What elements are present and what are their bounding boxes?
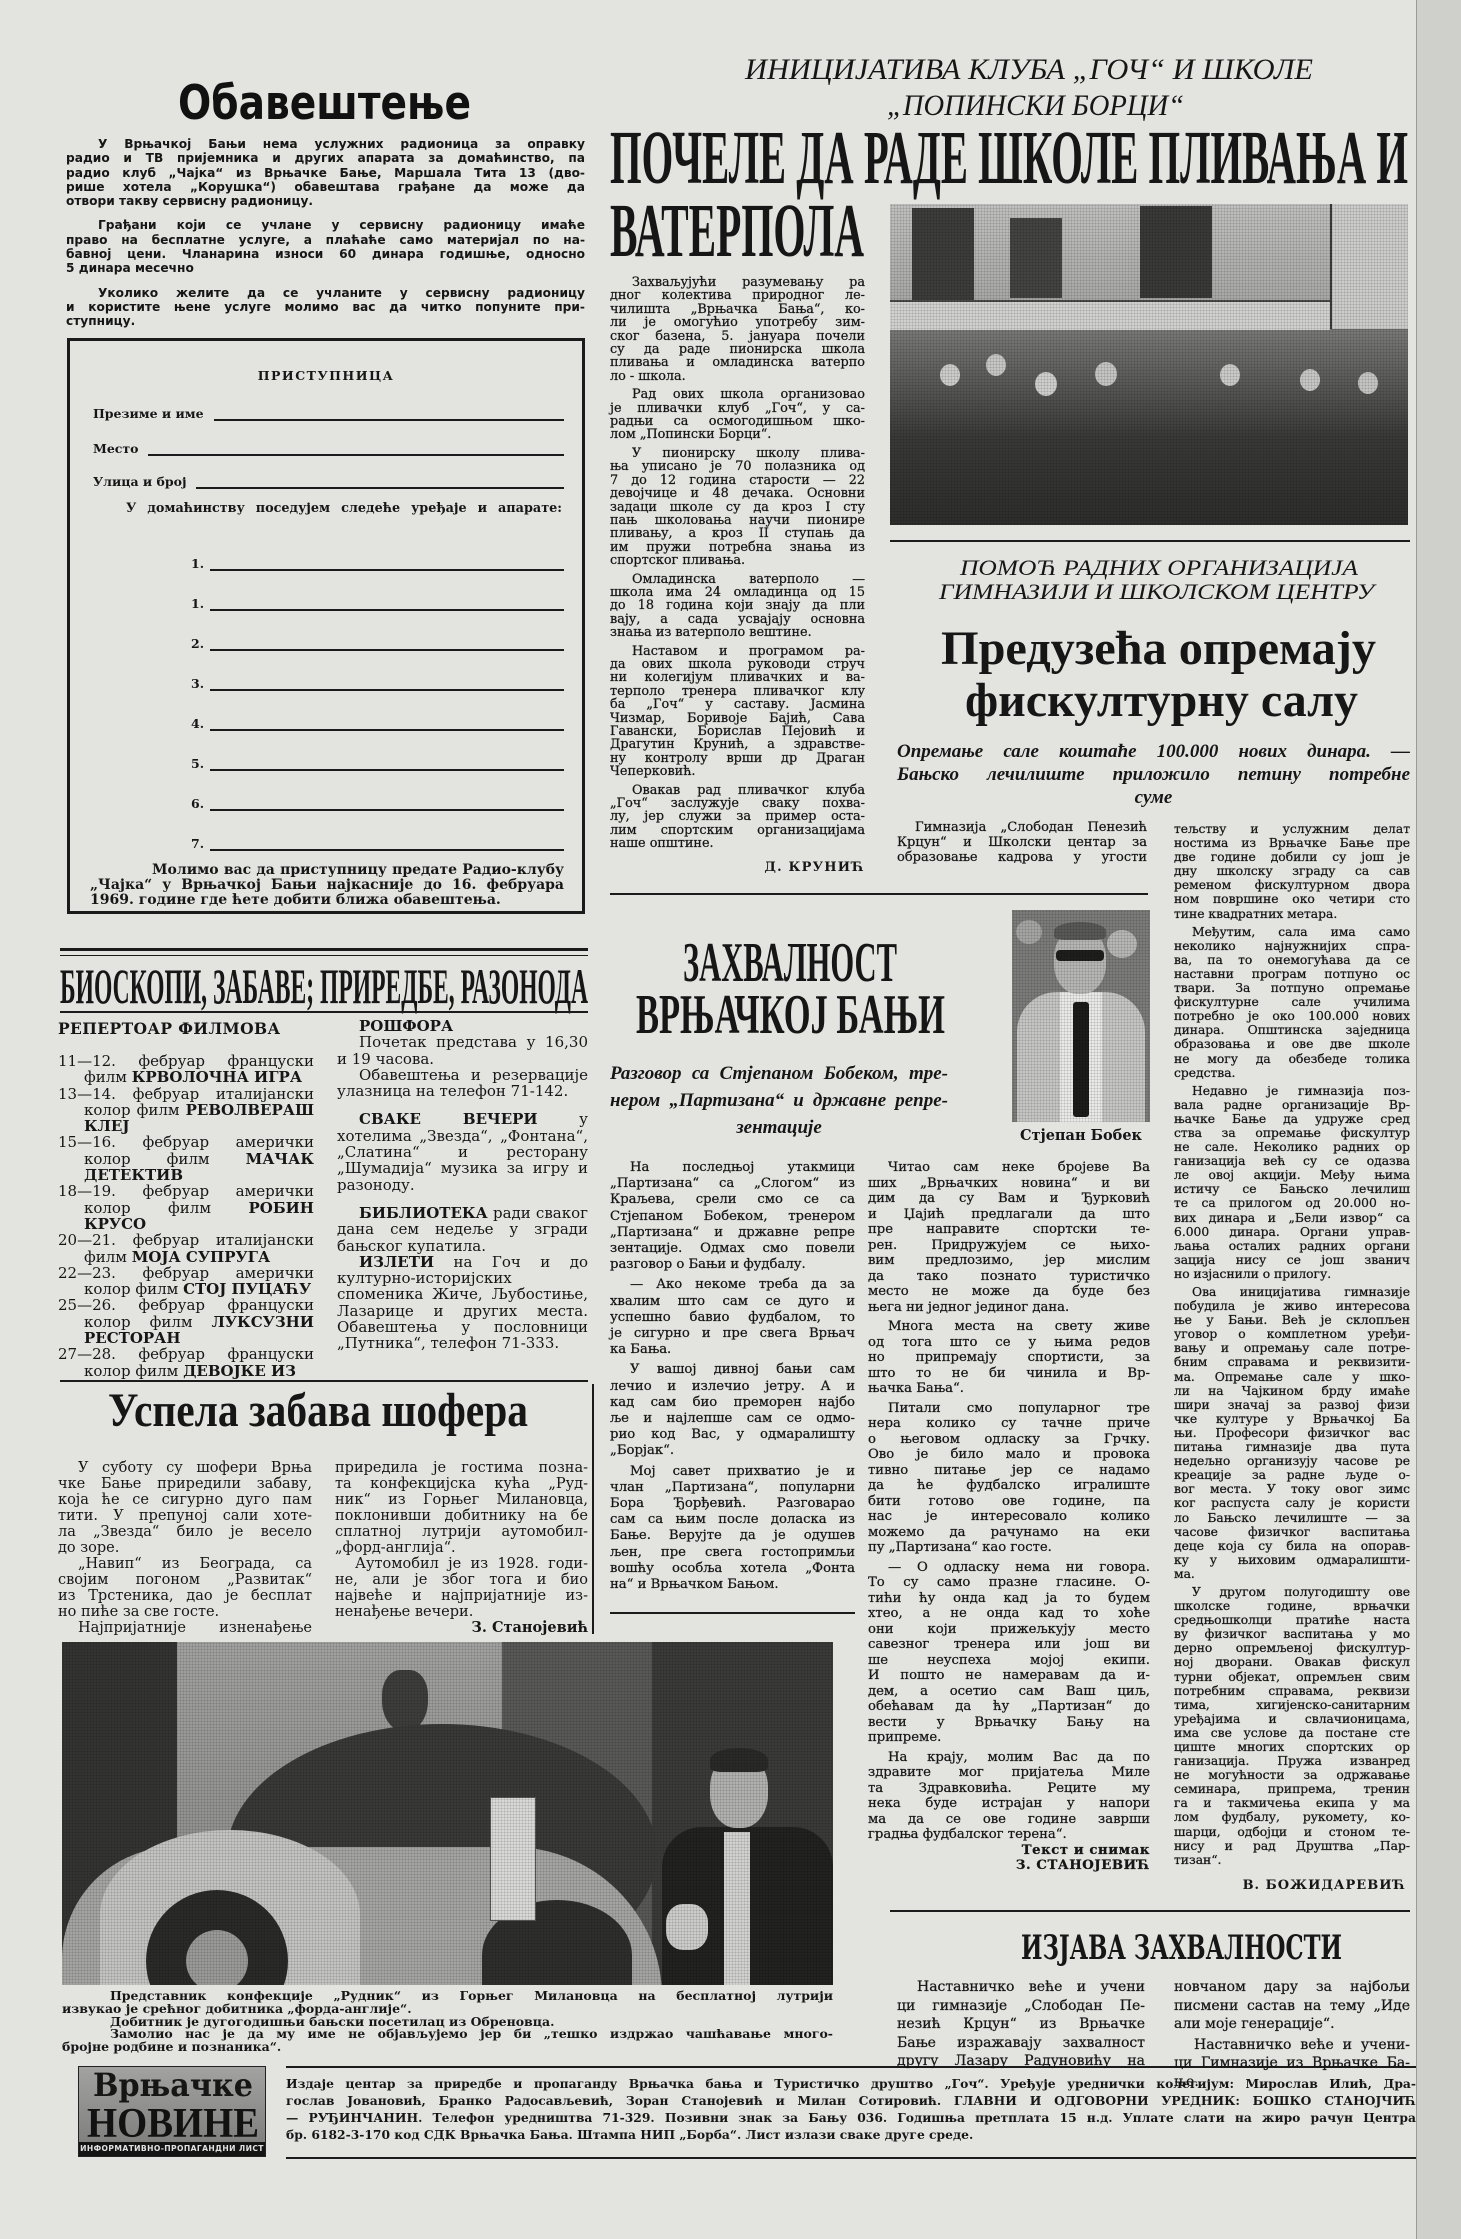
byline: З. СТАНОЈЕВИЋ — [868, 1858, 1150, 1874]
car-lottery-photo — [62, 1642, 833, 1985]
text-line: спортског пливања. — [610, 554, 865, 567]
text-line: „Чајка“ у Врњачкој Бањи најкасније до 16… — [90, 878, 564, 893]
film-dates: 11—12. — [58, 1052, 116, 1070]
text-line: ло - школа. — [610, 370, 865, 383]
text-line: твари. За потпуно опремање — [1174, 981, 1410, 995]
text-line: 5 динара месечно — [66, 261, 585, 275]
text-line: али моје генерације“. — [1174, 2015, 1410, 2034]
swimmer-head — [940, 364, 960, 386]
paragraph: Наставничко веће и учени-ци Гимназије из… — [1174, 2036, 1410, 2092]
article-headline: Предузећа опремају — [941, 625, 1373, 673]
divider — [60, 1380, 588, 1382]
text-line: ци Гимназије из Врњачке Ба- — [1174, 2054, 1410, 2073]
swimmer-head — [1300, 369, 1320, 391]
field-blank-line — [148, 445, 564, 456]
paragraph: „Навип“ из Београда, сасвојим погоном „Р… — [58, 1556, 312, 1620]
paragraph: Мој савет прихватио је ичлан „Партизана“… — [610, 1464, 855, 1594]
text-line: ње у Бањи. Већ је склопљен — [1174, 1313, 1410, 1327]
wheel-hub — [186, 1930, 248, 1985]
text-line: радио и ТВ пријемника и других апарата з… — [66, 151, 585, 165]
text-line: ву физичког васпитања у мо — [1174, 1627, 1410, 1641]
text-line: сплатној лутрији аутомобил- — [335, 1524, 588, 1540]
foliage — [1016, 920, 1042, 944]
pool-pillar — [1330, 204, 1408, 329]
membership-form: ПРИСТУПНИЦА Презиме и име Место Улица и … — [67, 338, 585, 914]
text-line: Гавански, Борислав Пејовић и — [610, 725, 865, 738]
library-notice: БИБЛИОТЕКА ради сваког дана сем недеље у… — [337, 1205, 588, 1254]
device-line: 1. — [191, 555, 564, 571]
text-line: две године добили су још је — [1174, 850, 1410, 864]
swimmer-head — [986, 354, 1006, 376]
paragraph: Захваљујући разумевању радног колектива … — [610, 276, 865, 383]
text-line: ба „Гоч“ у саставу. Јасмина — [610, 698, 865, 711]
paragraph: У Врњачкој Бањи нема услужних радионица … — [66, 137, 585, 208]
film-listing: 20—21. фебруар италијански филм МОЈА СУП… — [58, 1232, 314, 1265]
device-line: 3. — [191, 675, 564, 691]
text-line: највеће и најпријатније из- — [335, 1588, 588, 1604]
text-line: има све услове да постане сте — [1174, 1726, 1410, 1740]
text-line: на“ и Врњачком Бањом. — [610, 1577, 855, 1593]
text-line: радио клуб „Чајка“ из Врњачке Бање, Марш… — [66, 166, 585, 180]
poster — [490, 1797, 536, 1921]
text-line: вала радне организације Вр- — [1174, 1098, 1410, 1112]
text-line: Молимо вас да приступницу предате Радио-… — [90, 863, 564, 878]
paragraph: Аутомобил је из 1928. годи-не, али је зб… — [335, 1556, 588, 1620]
form-field-place: Место — [93, 440, 564, 456]
text-line: не сале. Неколико радних ор — [1174, 1140, 1410, 1154]
byline: В. БОЖИДАРЕВИЋ — [1174, 1878, 1406, 1893]
film-listing: 25—26. фебруар француски колор филм ЛУКС… — [58, 1297, 314, 1346]
swimmer-head — [1035, 372, 1057, 396]
text-line: У другом полугодишту ове — [1174, 1585, 1410, 1599]
article-headline-text: Предузећа опремају — [941, 625, 1376, 673]
entertainment-info: РОШФОРА Почетак представа у 16,30 и 19 ч… — [337, 1018, 588, 1352]
text-line: другу Лазару Радуновићу на — [897, 2052, 1145, 2071]
device-line: 5. — [191, 755, 564, 771]
text-line: Захваљујући разумевању ра — [610, 276, 865, 289]
article-kicker: ПОМОЋ РАДНИХ ОРГАНИЗАЦИЈА — [960, 557, 1304, 579]
text-line: ременом фискултурном двора — [1174, 878, 1410, 892]
film-dates: 25—26. — [58, 1296, 116, 1314]
article-headline: Успела забава шофера — [108, 1387, 594, 1435]
photo-credit: Текст и снимак — [868, 1843, 1150, 1859]
screening-times: Почетак представа у 16,30 и 19 часова. — [337, 1034, 588, 1067]
text-line: пливања и омладинска ватерпо — [610, 356, 865, 369]
field-label: Улица и број — [93, 474, 186, 489]
text-line: образовања и ове две школе — [1174, 1037, 1410, 1051]
film-title: ДЕВОЈКЕ ИЗ — [183, 1362, 296, 1380]
text-line: успешно бавио фудбалом, то — [610, 1310, 855, 1326]
paragraph: У вашој дивној бањи самлечио и излечио ј… — [610, 1362, 855, 1459]
text-line: љен, пре свега гостопримљи — [610, 1545, 855, 1561]
notice-lead: ИЗЛЕТИ — [359, 1253, 434, 1271]
form-footer: Молимо вас да приступницу предате Радио-… — [90, 863, 564, 908]
text-line: да ових школа руководи струч — [610, 658, 865, 671]
text-line: и Џајић предлагали да што — [868, 1207, 1150, 1223]
text-line: „форд-англија“. — [335, 1540, 588, 1556]
text-line: разговор о Бањи и фудбалу. — [610, 1257, 855, 1273]
film-month: фебруар — [138, 1296, 205, 1314]
article-headline-text: ПОЧЕЛЕ ДА РАДЕ ШКОЛЕ ПЛИВАЊА И — [610, 120, 1408, 196]
paragraph: На последњој утакмици„Партизана“ са „Сло… — [610, 1160, 855, 1273]
text-line: припреме. — [868, 1730, 1150, 1746]
pool-arch — [1010, 218, 1062, 298]
paragraph: Ова иницијатива гимназијепобудила је жив… — [1174, 1285, 1410, 1581]
pool-water — [890, 330, 1408, 525]
text-line: тићи ћу онда кад ја то будем — [868, 1591, 1150, 1607]
film-dates: 22—23. — [58, 1264, 116, 1282]
film-month: фебруар — [142, 1264, 209, 1282]
text-line: Недавно је гимназија поз- — [1174, 1084, 1410, 1098]
film-dates: 13—14. — [58, 1085, 116, 1103]
text-line: ганизација већ су се одазва — [1174, 1154, 1410, 1168]
article-headline: ПОЧЕЛЕ ДА РАДЕ ШКОЛЕ ПЛИВАЊА И — [610, 120, 1461, 196]
text-line: задаци школе су да кроз I сту — [610, 501, 865, 514]
text-line: Аутомобил је из 1928. годи- — [335, 1556, 588, 1572]
text-line: до 18 година који знају да пли — [610, 599, 865, 612]
text-line: Ово је било мало и провока — [868, 1447, 1150, 1463]
text-line: бавној цени. Чланарина износи 60 динара … — [66, 247, 585, 261]
text-line: дног колектива природног ле- — [610, 289, 865, 302]
text-line: дну школску зграду са сав — [1174, 864, 1410, 878]
text-line: Мој савет прихватио је и — [610, 1464, 855, 1480]
article-column: Наставничко веће и ученици гимназије „Сл… — [897, 1978, 1145, 2071]
article-headline: фискултурну салу — [965, 677, 1358, 725]
text-line: писмени састав на тему „Иде — [1174, 1997, 1410, 2016]
film-title: КРВОЛОЧНА ИГРА — [132, 1068, 302, 1086]
deck-line: зентације — [610, 1114, 948, 1141]
emblem-icon — [382, 1670, 428, 1732]
text-line: ли на Чајкином брду имаће — [1174, 1384, 1410, 1398]
text-line: не, али је због тога и био — [335, 1572, 588, 1588]
text-line: Наставом и програмом ра- — [610, 645, 865, 658]
device-number: 5. — [191, 756, 204, 771]
paragraph: Омладинска ватерполо —школа има 24 омлад… — [610, 573, 865, 640]
text-line: девојчице и 48 дечака. Основни — [610, 487, 865, 500]
man-hands — [666, 1904, 708, 1950]
text-line: чке Бање приредили забаву, — [58, 1476, 312, 1492]
text-line: Крцун“ и Школски центар за — [897, 835, 1147, 850]
text-line: ник“ из Горњег Милановца, — [335, 1492, 588, 1508]
divider — [60, 955, 588, 956]
device-number: 1. — [191, 596, 204, 611]
paragraph: Најпријатније изненађење — [58, 1620, 312, 1636]
text-line: „Партизана“ са „Слогом“ из — [610, 1176, 855, 1192]
text-line: Омладинска ватерполо — — [610, 573, 865, 586]
text-line: лим спортским организацијама — [610, 824, 865, 837]
text-line: право на бесплатне услуге, а плаћаће сам… — [66, 233, 585, 247]
paragraph: Рад ових школа организоваоје пливачки кл… — [610, 388, 865, 442]
text-line: из Трстеника, дао је бесплат — [58, 1588, 312, 1604]
paragraph: тељству и услужним делатностима из Врњач… — [1174, 822, 1410, 921]
text-line: средњошколци пратиће наста — [1174, 1613, 1410, 1627]
text-line: ненађење вечери. — [335, 1604, 588, 1620]
text-line: ли је омогућио употребу зим- — [610, 316, 865, 329]
text-line: ци гимназије „Слободан Пе- — [897, 1997, 1145, 2016]
text-line: ганизација. Пружа изванред — [1174, 1754, 1410, 1768]
swimmer-head — [1095, 362, 1117, 386]
text-line: — РУЂИНЧАНИН. Телефон уредништва 71-329.… — [286, 2109, 1416, 2126]
article-column: новчаном дару за најбољиписмени састав н… — [1174, 1978, 1410, 2091]
article-column: Читао сам неке бројеве Ваших „Врњачких н… — [868, 1160, 1150, 1874]
paragraph: У суботу су шофери Врњачке Бање приредил… — [58, 1460, 312, 1556]
text-line: рен. Придружујем се њихо- — [868, 1238, 1150, 1254]
text-line: деце која су била на опорав- — [1174, 1539, 1410, 1553]
film-dates: 18—19. — [58, 1182, 116, 1200]
text-line: те са прилогом од 20.000 но- — [1174, 1196, 1410, 1210]
article-column: тељству и услужним делатностима из Врњач… — [1174, 822, 1410, 1867]
device-line: 2. — [191, 635, 564, 651]
text-line: њи. Професори физичког вас — [1174, 1426, 1410, 1440]
text-line: га и такмичења екипа у ма — [1174, 1796, 1410, 1810]
text-line: тити. У препуној сали хоте- — [58, 1508, 312, 1524]
text-line: школа има 24 омладинца од 15 — [610, 586, 865, 599]
text-line: да ће фудбалско игралиште — [868, 1478, 1150, 1494]
field-label: Презиме и име — [93, 406, 204, 421]
entertainment-heading-text: БИОСКОПИ, ЗАБАВЕ; ПРИРЕДБЕ, РАЗОНОДА — [60, 961, 588, 1011]
masthead-line-2: НОВИНЕ — [87, 2103, 266, 2145]
paragraph: Међутим, сала има самонеколико најнужниј… — [1174, 925, 1410, 1080]
text-line: бр. 6182-3-170 код СДК Врњачка Бања. Шта… — [286, 2126, 1416, 2143]
text-line: вању и опремању сале потре- — [1174, 1341, 1410, 1355]
device-blank-line — [210, 800, 564, 811]
text-line: побудила је живо интересова — [1174, 1299, 1410, 1313]
film-title-continued: РОШФОРА — [337, 1018, 588, 1034]
swimming-pool-photo — [890, 204, 1408, 525]
article-text: приредила је гостима позна-та конфекцијс… — [335, 1460, 588, 1620]
device-number: 6. — [191, 796, 204, 811]
paragraph: Наставничко веће и ученици гимназије „Сл… — [897, 1978, 1145, 2071]
paragraph: Читао сам неке бројеве Ваших „Врњачких н… — [868, 1160, 1150, 1315]
film-title: МОЈА СУПРУГА — [132, 1248, 271, 1266]
paragraph: У пионирску школу плива-ња уписано је 70… — [610, 447, 865, 568]
film-month: фебруар — [138, 1345, 205, 1363]
text-line: лу, јер служи за пример оста- — [610, 810, 865, 823]
film-dates: 20—21. — [58, 1231, 116, 1249]
text-line: до зоре. — [58, 1540, 312, 1556]
text-line: пливању, а кроз II ступањ да — [610, 527, 865, 540]
text-line: вести у Врњачку Бању на — [868, 1715, 1150, 1731]
text-line: „Гоч“ заслужује сваку похва- — [610, 797, 865, 810]
text-line: Бање. Верујте да је одушев — [610, 1528, 855, 1544]
text-line: незић Крцун“ из Врњачке — [897, 2015, 1145, 2034]
text-line: Међутим, сала има само — [1174, 925, 1410, 939]
masthead-line-1: Врњачке — [93, 2069, 263, 2101]
text-line: хвалим што сам се дуго и — [610, 1294, 855, 1310]
text-line: Многа места на свету живе — [868, 1319, 1150, 1335]
text-line: вим предлозимо, јер мислим — [868, 1253, 1150, 1269]
masthead-text: Врњачке — [93, 2069, 253, 2101]
article-kicker: ИНИЦИЈАТИВА КЛУБА „ГОЧ“ И ШКОЛЕ — [745, 55, 1306, 85]
text-line: кад сам био преморен најбо — [610, 1395, 855, 1411]
film-listing: 27—28. фебруар француски колор филм ДЕВО… — [58, 1346, 314, 1379]
text-line: нека буде истрајан у напори — [868, 1796, 1150, 1812]
text-line: не могућности за одржавање — [1174, 1768, 1410, 1782]
text-line: потребним справама, реквизи — [1174, 1684, 1410, 1698]
photo-caption: Представник конфекције „Рудник“ из Горње… — [62, 1990, 833, 2054]
text-line: знања из ватерполо вештине. — [610, 626, 865, 639]
divider — [890, 540, 1410, 542]
text-line: њачка Бања“. — [868, 1381, 1150, 1397]
article-headline-text: ЗАХВАЛНОСТ — [683, 935, 897, 991]
text-line: бним справама и реквизити- — [1174, 1355, 1410, 1369]
text-line: недељно организују часове ре — [1174, 1454, 1410, 1468]
text-line: потребно је око 100.000 нових — [1174, 1009, 1410, 1023]
device-blank-line — [210, 640, 564, 651]
newspaper-masthead: Врњачке НОВИНЕ ИНФОРМАТИВНО-ПРОПАГАНДНИ … — [78, 2066, 266, 2157]
text-line: фискултурне сале училима — [1174, 995, 1410, 1009]
reservations-info: Обавештења и резервације улазница на тел… — [337, 1067, 588, 1100]
device-line: 7. — [191, 835, 564, 851]
text-line: рише хотела „Корушка“) обавештава грађан… — [66, 180, 585, 194]
article-deck: Опремање сале коштаће 100.000 нових дина… — [897, 740, 1410, 809]
text-line: ни колегијум пливачких и ва- — [610, 671, 865, 684]
paragraph: приредила је гостима позна-та конфекцијс… — [335, 1460, 588, 1556]
text-line: циште многих спортских ор — [1174, 1740, 1410, 1754]
kicker-text: ПОМОЋ РАДНИХ ОРГАНИЗАЦИЈА — [960, 557, 1358, 579]
text-line: савезног тренера или још ви — [868, 1637, 1150, 1653]
text-line: бити готово ове године, па — [868, 1494, 1150, 1510]
text-line: образовање кадрова у угости — [897, 850, 1147, 865]
text-line: бројне родбине и познаника“. — [62, 2041, 833, 2054]
text-line: која ће се сигурно дуго пам — [58, 1492, 312, 1508]
text-line: Уколико желите да се учланите у сервисну… — [66, 286, 585, 300]
device-number: 3. — [191, 676, 204, 691]
text-line: ма. Опремање сале у шко- — [1174, 1370, 1410, 1384]
paragraph: Овакав рад пливачког клуба„Гоч“ заслужуј… — [610, 784, 865, 851]
text-line: сам са њим после доласка из — [610, 1512, 855, 1528]
paragraph: — Ако некоме треба да захвалим што сам с… — [610, 1277, 855, 1358]
divider — [890, 1910, 1410, 1912]
text-line: пањ школовања научи пионире — [610, 514, 865, 527]
masthead-text: НОВИНЕ — [87, 2103, 259, 2145]
text-line: наше општине. — [610, 837, 865, 850]
text-line: ших „Врњачких новина“ и ви — [868, 1176, 1150, 1192]
paragraph: Питали смо популарног тренера колико су … — [868, 1401, 1150, 1556]
text-line: школске године, врњачки — [1174, 1599, 1410, 1613]
text-line: њачке Бање да удруже сред — [1174, 1112, 1410, 1126]
text-line: дим да су Вам и Ђурковић — [868, 1191, 1150, 1207]
text-line: и користите њене услуге молимо вас да чи… — [66, 300, 585, 314]
film-month: фебруар — [142, 1182, 209, 1200]
paragraph: Грађани који се учлане у сервисну радион… — [66, 218, 585, 275]
text-line: својим погоном „Развитак“ — [58, 1572, 312, 1588]
device-line: 1. — [191, 595, 564, 611]
notice-body: У Врњачкој Бањи нема услужних радионица … — [66, 137, 585, 329]
text-line: ностима из Врњачке Бање пре — [1174, 836, 1410, 850]
device-blank-line — [210, 560, 564, 571]
device-line: 6. — [191, 795, 564, 811]
text-line: зентације. Одмах смо повели — [610, 1241, 855, 1257]
article-headline-text: фискултурну салу — [965, 677, 1358, 725]
paragraph: Многа места на свету живеод тога што се … — [868, 1319, 1150, 1397]
text-line: но пиће за све госте. — [58, 1604, 312, 1620]
text-line: — О одласку нема ни говора. — [868, 1560, 1150, 1576]
text-line: им пружи потребна знања из — [610, 541, 865, 554]
portrait-hair — [1054, 922, 1106, 940]
text-line: шири значај за развој физи — [1174, 1398, 1410, 1412]
field-label: Место — [93, 441, 138, 456]
swimmer-head — [1358, 372, 1378, 394]
text-line: средства. — [1174, 1066, 1410, 1080]
text-line: вог места. У току овог зимс — [1174, 1482, 1410, 1496]
text-line: шарци, одбојци и стоном те- — [1174, 1825, 1410, 1839]
paragraph: новчаном дару за најбољиписмени састав н… — [1174, 1978, 1410, 2034]
text-line: тивно питање јер се надамо — [868, 1463, 1150, 1479]
text-line: ле овој акцији. Међу њима — [1174, 1168, 1410, 1182]
text-line: градња фудбалског терена“. — [868, 1827, 1150, 1843]
device-number: 2. — [191, 636, 204, 651]
text-line: турни објекат, опремљен свим — [1174, 1670, 1410, 1684]
text-line: Гимназија „Слободан Пенезић — [897, 820, 1147, 835]
text-line: нера колико су тачне приче — [868, 1416, 1150, 1432]
text-line: ну контролу врши др Драган — [610, 752, 865, 765]
masthead-tagline: ИНФОРМАТИВНО-ПРОПАГАНДНИ ЛИСТ — [79, 2142, 265, 2156]
text-line: рио код Вас, у одмаралишту — [610, 1427, 855, 1443]
text-line: Најпријатније изненађење — [58, 1620, 312, 1636]
text-line: Бање изражавају захвалност — [897, 2034, 1145, 2053]
text-line: ма да се ове године заврши — [868, 1812, 1150, 1828]
text-line: Чизмар, Боривоје Бајић, Сава — [610, 712, 865, 725]
device-blank-line — [210, 760, 564, 771]
text-line: У суботу су шофери Врња — [58, 1460, 312, 1476]
film-month: фебруар — [133, 1085, 200, 1103]
text-line: Питали смо популарног тре — [868, 1401, 1150, 1417]
article-kicker: ГИМНАЗИЈИ И ШКОЛСКОМ ЦЕНТРУ — [939, 581, 1313, 603]
text-line: 1969. године где ћете добити ближа обаве… — [90, 893, 564, 908]
paragraph: Уколико желите да се учланите у сервисну… — [66, 286, 585, 329]
text-line: но изјаснили о прилогу. — [1174, 1267, 1410, 1281]
film-listing: 18—19. фебруар амерички колор филм РОБИН… — [58, 1183, 314, 1232]
article-headline-text: ВАТЕРПОЛА — [610, 193, 864, 269]
text-line: уређајима и свлачионицама, — [1174, 1712, 1410, 1726]
device-number: 1. — [191, 556, 204, 571]
text-line: тине квадратних метара. — [1174, 907, 1410, 921]
text-line: Наставничко веће и учени- — [1174, 2036, 1410, 2055]
text-line: обећавам да ћу „Партизан“ до — [868, 1699, 1150, 1715]
deck-line: нером „Партизана“ и државне репре- — [610, 1087, 948, 1114]
text-line: чке културе у Врњачкој Ба — [1174, 1412, 1410, 1426]
portrait-photo — [1012, 910, 1150, 1122]
text-line: је сигурно и пре свега Врњач — [610, 1326, 855, 1342]
article-body: Захваљујући разумевању радног колектива … — [610, 276, 865, 851]
text-line: У пионирску школу плива- — [610, 447, 865, 460]
device-blank-line — [210, 680, 564, 691]
text-line: зација нису се још званич — [1174, 1253, 1410, 1267]
text-line: тељству и услужним делат — [1174, 822, 1410, 836]
text-line: ма. — [1174, 1567, 1410, 1581]
text-line: да тако познато туристичко — [868, 1269, 1150, 1285]
deck-line: суме — [897, 786, 1410, 809]
text-line: здравите мог пријатеља Миле — [868, 1765, 1150, 1781]
text-line: Бора Ђорђевић. Разговарао — [610, 1496, 855, 1512]
text-line: тима, хигијенско-санитарним — [1174, 1698, 1410, 1712]
pool-edge — [890, 300, 1330, 330]
form-field-street: Улица и број — [93, 473, 564, 489]
text-line: су да раде пионирска школа — [610, 343, 865, 356]
article-headline: ИЗЈАВА ЗАХВАЛНОСТИ — [1021, 1931, 1461, 1965]
page-edge — [1416, 0, 1461, 2239]
byline: З. Станојевић — [335, 1620, 588, 1636]
text-line: ше неуспеха мојој екипи. — [868, 1653, 1150, 1669]
article-headline-text: ВРЊАЧКОЈ БАЊИ — [636, 987, 945, 1043]
device-line: 4. — [191, 715, 564, 731]
text-line: На крају, молим Вас да по — [868, 1750, 1150, 1766]
device-blank-line — [210, 840, 564, 851]
text-line: динара. Општинска заједница — [1174, 1023, 1410, 1037]
text-line: вошћу особља хотела „Фонта — [610, 1561, 855, 1577]
man-shirt — [724, 1832, 750, 1985]
